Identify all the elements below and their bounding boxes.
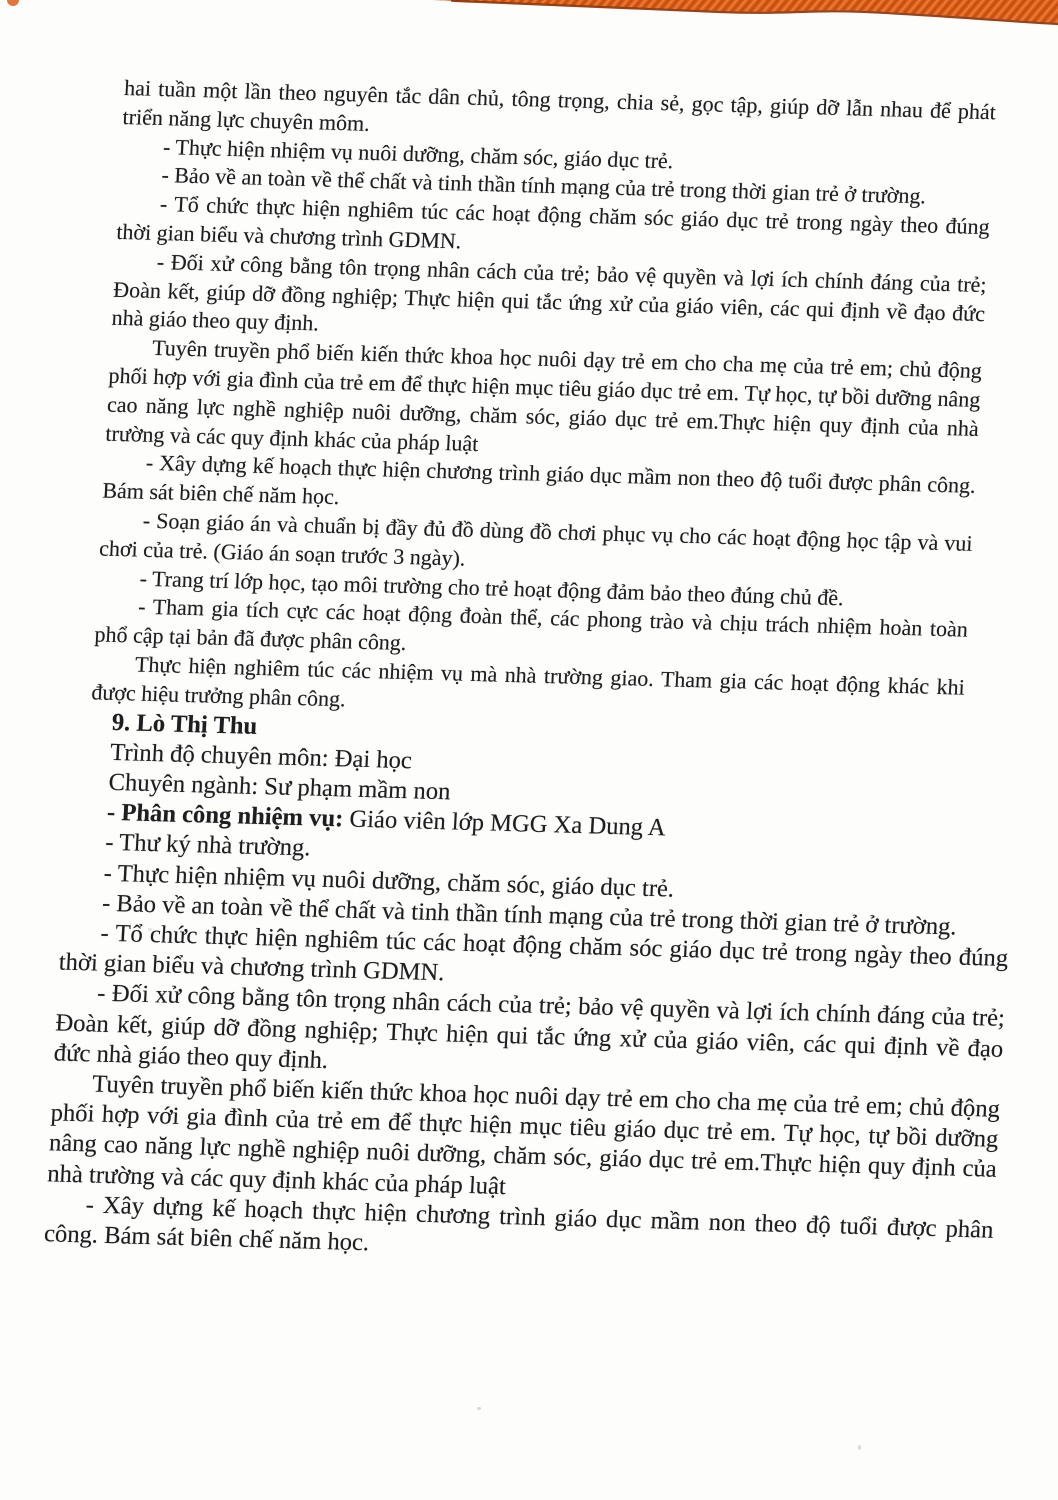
binding-edge-graphic: [0, 0, 1058, 34]
dust-speck: [858, 1445, 861, 1450]
text-segment: Tuyên truyền phổ biến kiến thức khoa học…: [105, 335, 983, 456]
text-segment: - Phân công nhiệm vụ:: [106, 799, 344, 833]
text-segment: - Thư ký nhà trường.: [105, 829, 312, 862]
dust-speck: [148, 928, 152, 931]
dust-speck: [477, 1407, 481, 1410]
page-body-upper: hai tuần một lần theo nguyên tắc dân chủ…: [91, 74, 997, 731]
text-segment: Tuyên truyền phổ biến kiến thức khoa học…: [47, 1070, 1001, 1199]
text-segment: hai tuần một lần theo nguyên tắc dân chủ…: [122, 75, 997, 136]
document-text-block: hai tuần một lần theo nguyên tắc dân chủ…: [61, 74, 996, 1274]
page-body-lower: 9. Lò Thị ThuTrình độ chuyên môn: Đại họ…: [43, 706, 1020, 1276]
dust-speck: [300, 1064, 303, 1067]
text-segment: 9. Lò Thị Thu: [111, 708, 258, 739]
scanned-document-page: { "page": { "kind": "scanned-document", …: [0, 0, 1058, 1500]
